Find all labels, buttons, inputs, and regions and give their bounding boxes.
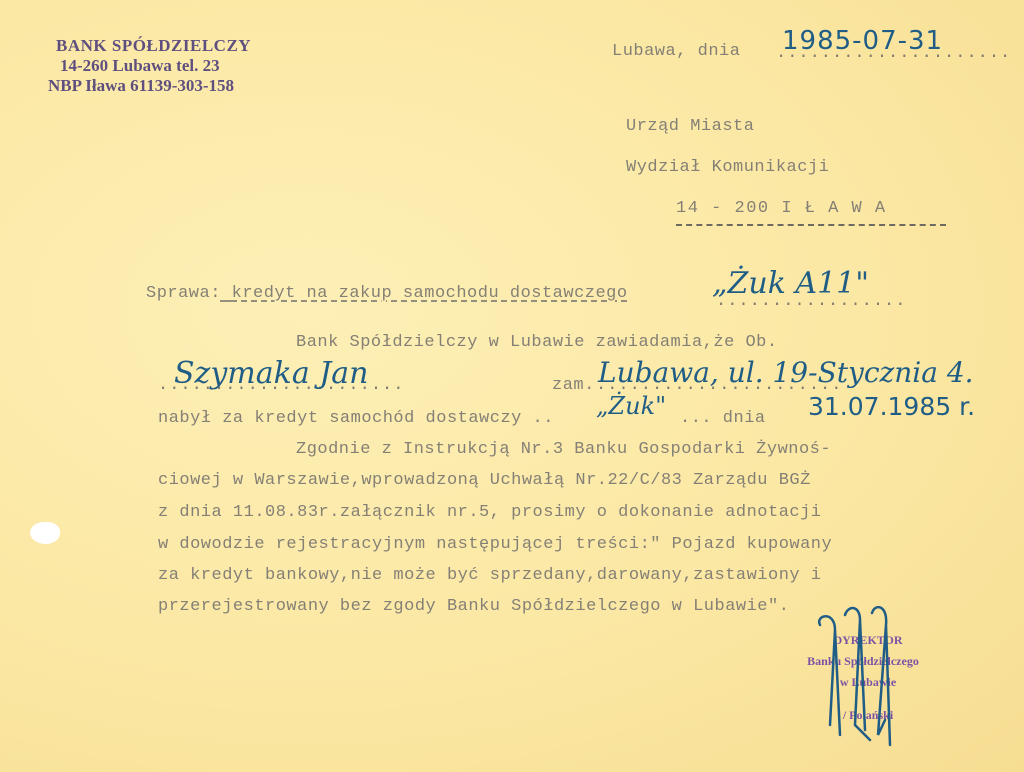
paragraph-line-5: za kredyt bankowy,nie może być sprzedany…	[158, 566, 822, 585]
stamp-address: 14-260 Lubawa tel. 23	[60, 56, 251, 76]
zam-label: zam.	[552, 376, 595, 395]
address-handwritten: Lubawa, ul. 19-Stycznia 4.	[598, 356, 974, 389]
recipient-department: Wydział Komunikacji	[626, 158, 829, 177]
recipient-city: 14 - 200 I Ł A W A	[676, 199, 887, 218]
vehicle-handwritten: „Żuk"	[596, 392, 666, 420]
recipient-underline	[676, 224, 946, 226]
paragraph-line-4: w dowodzie rejestracyjnym następującej t…	[158, 535, 832, 554]
stamp-bank-name: BANK SPÓŁDZIELCZY	[56, 36, 251, 56]
paragraph-line-2: ciowej w Warszawie,wprowadzoną Uchwałą N…	[158, 471, 811, 490]
subject-label: Sprawa:	[146, 284, 221, 303]
subject-text: kredyt na zakup samochodu dostawczego	[221, 284, 628, 303]
date-dots: .....................	[776, 44, 1011, 63]
punch-hole	[30, 522, 60, 544]
place-label: Lubawa, dnia	[612, 42, 740, 61]
signature-icon	[810, 605, 900, 750]
subject-line: Sprawa: kredyt na zakup samochodu dostaw…	[146, 284, 628, 303]
subject-dots: .................	[716, 292, 906, 311]
sender-bank-stamp: BANK SPÓŁDZIELCZY 14-260 Lubawa tel. 23 …	[56, 36, 251, 96]
date-line: Lubawa, dnia	[612, 42, 740, 61]
paragraph-line-3: z dnia 11.08.83r.załącznik nr.5, prosimy…	[158, 503, 822, 522]
purchase-date-handwritten: 31.07.1985 r.	[808, 392, 975, 421]
purchase-text: nabył za kredyt samochód dostawczy ..	[158, 409, 554, 428]
recipient-office: Urząd Miasta	[626, 117, 754, 136]
body-intro: Bank Spółdzielczy w Lubawie zawiadamia,ż…	[296, 333, 778, 352]
stamp-account: NBP Iława 61139-303-158	[48, 76, 251, 96]
dnia-label: ... dnia	[680, 409, 766, 428]
citizen-name-handwritten: Szymaka Jan	[174, 356, 368, 391]
paragraph-line-1: Zgodnie z Instrukcją Nr.3 Banku Gospodar…	[296, 440, 831, 459]
paragraph-line-6: przerejestrowany bez zgody Banku Spółdzi…	[158, 597, 789, 616]
